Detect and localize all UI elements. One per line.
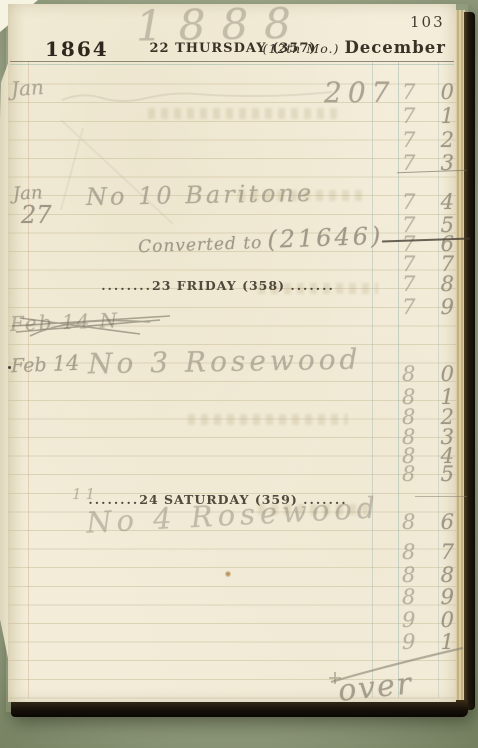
cash-column-rule-1 <box>372 62 373 698</box>
ledger-tens-digit: 7 <box>402 190 415 214</box>
entry-jan-month: Jan <box>10 75 44 101</box>
header-rule <box>10 61 454 62</box>
ledger-row: 86 <box>400 510 458 532</box>
scanned-book-photo: 103 1864 22 THURSDAY (357) (12th Mo.) De… <box>0 0 478 748</box>
entry-jan27-day: 27 <box>21 201 52 229</box>
cash-column-rule-2 <box>398 62 399 698</box>
ledger-row: 87 <box>400 540 458 562</box>
overwritten-year: 1888 <box>136 0 308 50</box>
ledger-units-digit: 5 <box>441 462 454 486</box>
ledger-row: 89 <box>400 585 458 607</box>
ledger-tens-digit: 7 <box>402 295 415 319</box>
feb14-day: 14 <box>52 351 80 376</box>
entry-feb14-date: Feb 14 <box>11 351 80 377</box>
erased-margin-stroke <box>53 114 193 239</box>
ledger-units-digit: 1 <box>441 104 454 128</box>
ledger-tens-digit: 8 <box>402 362 415 386</box>
ledger-row: 85 <box>400 462 458 484</box>
diary-page: 103 1864 22 THURSDAY (357) (12th Mo.) De… <box>8 4 456 702</box>
subtotal-line <box>415 496 467 497</box>
ledger-tens-digit: 8 <box>402 540 415 564</box>
printed-year: 1864 <box>45 37 109 61</box>
bleed-through-patch <box>188 414 348 425</box>
erased-entry-stroke <box>58 82 338 112</box>
ledger-row: 77 <box>400 252 458 274</box>
ink-speck <box>8 366 11 369</box>
feb14-month: Feb <box>11 354 47 377</box>
ledger-tens-digit: 8 <box>402 462 415 486</box>
ledger-units-digit: 7 <box>441 540 454 564</box>
ledger-units-digit: 9 <box>441 585 454 609</box>
day-heading-friday: ........23 FRIDAY (358) ....... <box>68 278 368 293</box>
ledger-row: 88 <box>400 563 458 585</box>
ledger-row: 90 <box>400 608 458 630</box>
ledger-row: 80 <box>400 362 458 384</box>
ledger-row: 74 <box>400 190 458 212</box>
ledger-tens-digit: 8 <box>402 585 415 609</box>
ledger-units-digit: 8 <box>441 272 454 296</box>
ledger-tens-digit: 7 <box>402 104 415 128</box>
dot-leader: ....... <box>290 278 334 293</box>
ledger-units-digit: 6 <box>441 510 454 534</box>
ledger-row-struck: 76 <box>400 232 458 254</box>
ledger-units-digit: 0 <box>441 362 454 386</box>
margin-ticks: 11 <box>72 485 99 503</box>
dot-leader: ........ <box>101 278 152 293</box>
ledger-tens-digit: 7 <box>402 272 415 296</box>
ledger-tens-digit: 8 <box>402 510 415 534</box>
ledger-units-digit: 2 <box>441 128 454 152</box>
entry-no10-baritone: No 10 Baritone <box>86 179 315 211</box>
ledger-row: 70 <box>400 80 458 102</box>
book-edge-right <box>464 12 475 710</box>
entry-amount: 207 <box>324 76 395 109</box>
converted-note: Converted to <box>138 233 263 257</box>
ledger-row: 78 <box>400 272 458 294</box>
ledger-units-digit: 4 <box>441 190 454 214</box>
ledger-units-digit: 0 <box>441 608 454 632</box>
strike-scribble <box>10 304 180 344</box>
ledger-row: 79 <box>400 295 458 317</box>
ledger-row: 82 <box>400 405 458 427</box>
ledger-row: 72 <box>400 128 458 150</box>
month-name: December <box>344 38 446 57</box>
ledger-tens-digit: 8 <box>402 563 415 587</box>
ledger-tens-digit: 7 <box>402 80 415 104</box>
foxing-spot <box>225 571 231 577</box>
converted-serial: (21646) <box>267 222 384 254</box>
ledger-units-digit: 9 <box>441 295 454 319</box>
ledger-row: 71 <box>400 104 458 126</box>
ledger-units-digit: 0 <box>441 80 454 104</box>
ledger-units-digit: 8 <box>441 563 454 587</box>
ledger-tens-digit: 7 <box>402 128 415 152</box>
ledger-row: 81 <box>400 385 458 407</box>
friday-label: 23 FRIDAY (358) <box>152 278 285 293</box>
entry-no3-rosewood: No 3 Rosewood <box>88 343 362 381</box>
page-number: 103 <box>410 13 445 31</box>
margin-rule <box>28 62 29 698</box>
ledger-tens-digit: 9 <box>402 608 415 632</box>
